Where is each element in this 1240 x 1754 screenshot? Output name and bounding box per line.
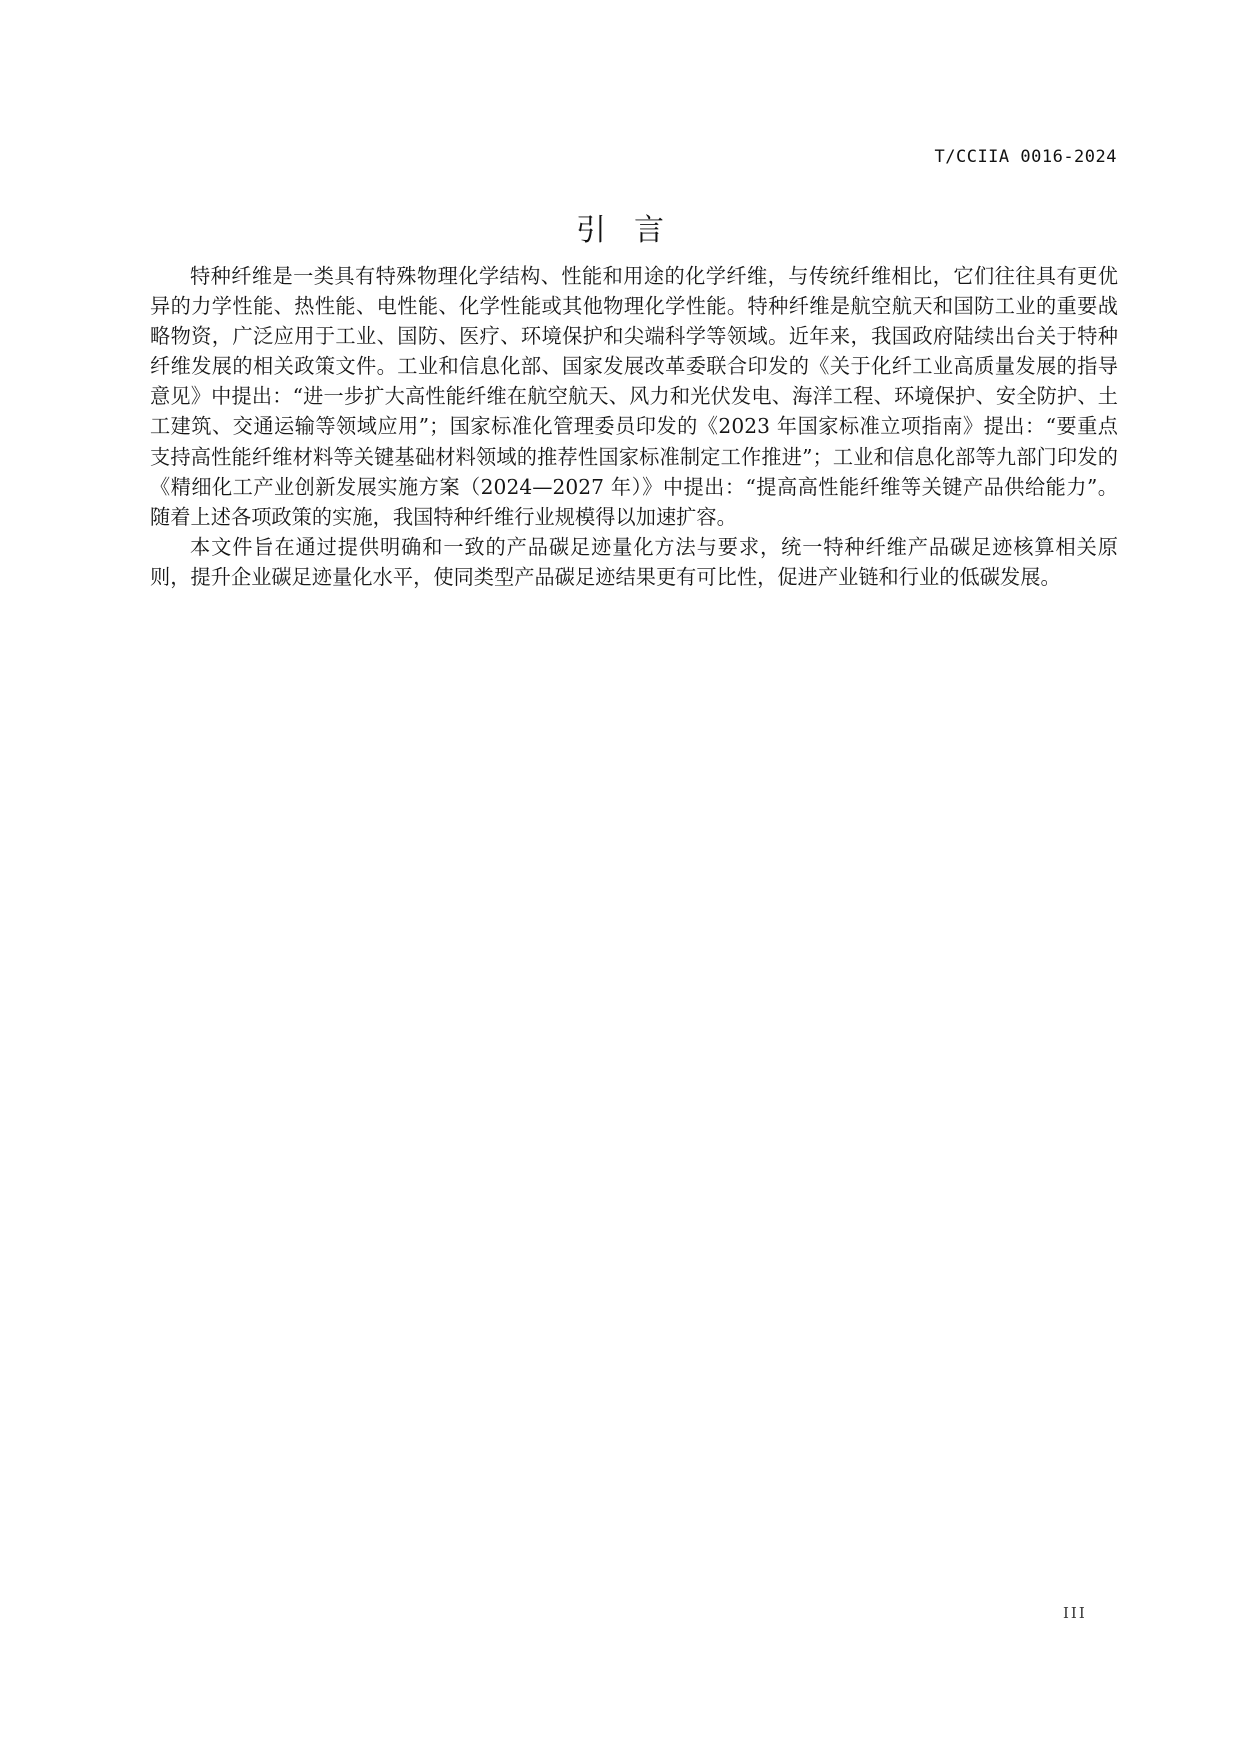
document-code: T/CCIIA 0016-2024 xyxy=(935,147,1118,167)
page-title: 引言 xyxy=(0,205,1240,249)
paragraph-policy-background: 特种纤维是一类具有特殊物理化学结构、性能和用途的化学纤维，与传统纤维相比，它们往… xyxy=(150,261,1118,532)
page-number: III xyxy=(1063,1604,1087,1622)
introduction-body: 特种纤维是一类具有特殊物理化学结构、性能和用途的化学纤维，与传统纤维相比，它们往… xyxy=(150,261,1118,592)
paragraph-document-purpose: 本文件旨在通过提供明确和一致的产品碳足迹量化方法与要求，统一特种纤维产品碳足迹核… xyxy=(150,532,1118,592)
